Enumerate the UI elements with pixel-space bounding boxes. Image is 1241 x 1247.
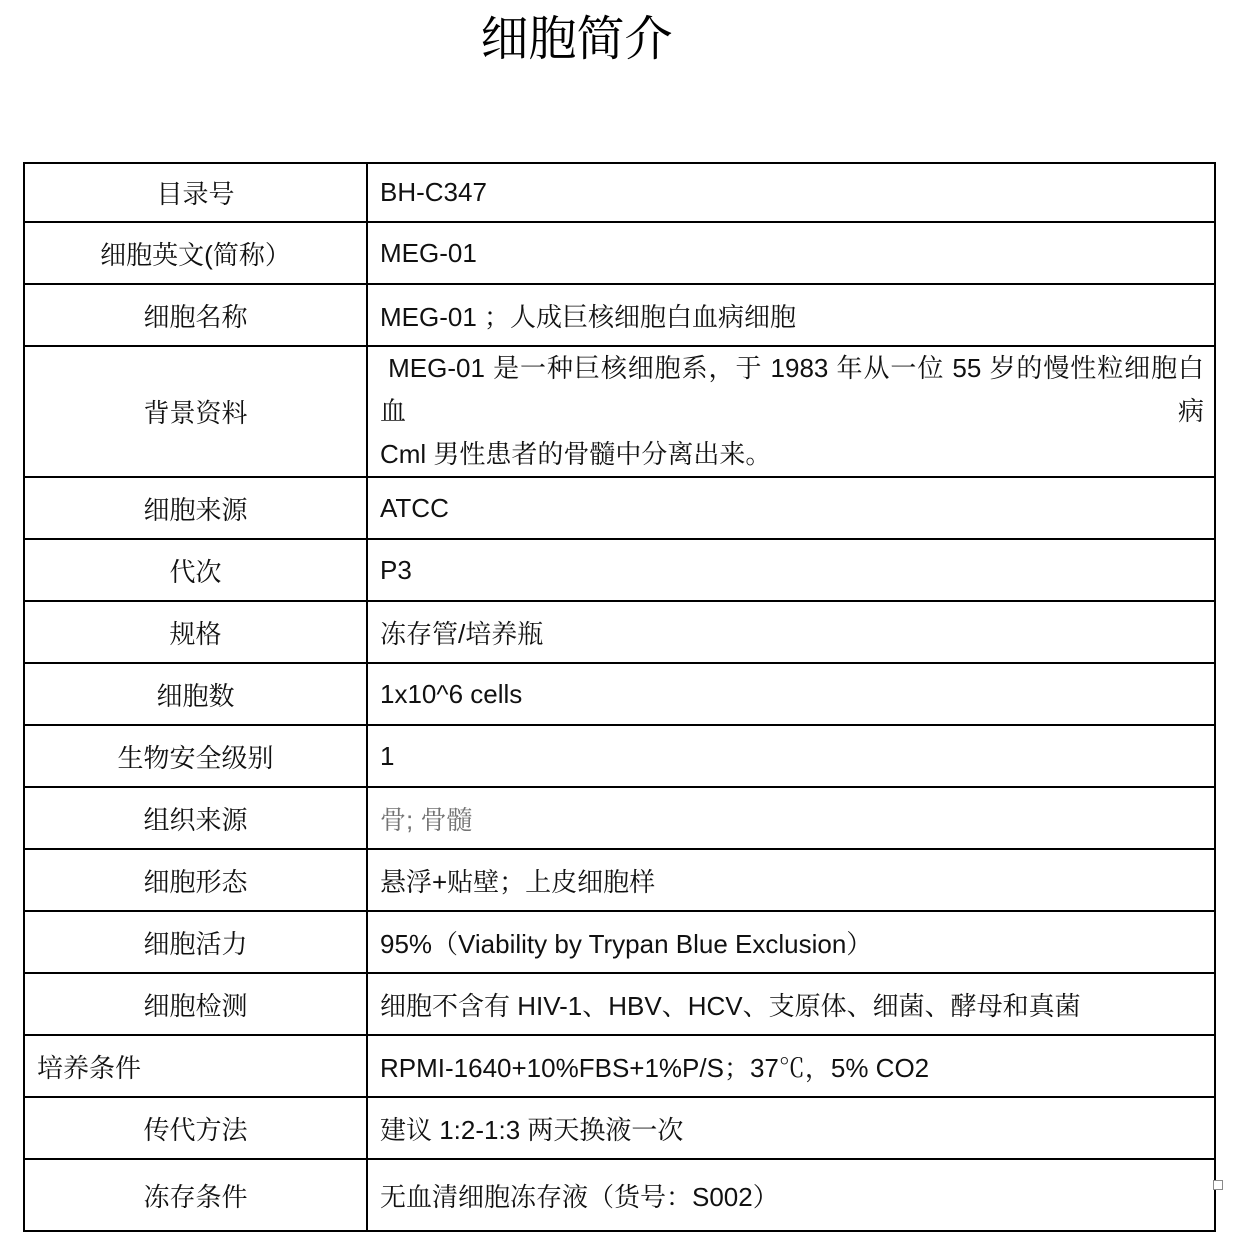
row-label: 目录号 — [24, 163, 367, 222]
table-row: 传代方法建议 1:2-1:3 两天换液一次 — [24, 1097, 1215, 1159]
table-row: 细胞活力95%（Viability by Trypan Blue Exclusi… — [24, 911, 1215, 973]
row-value: 骨; 骨髓 — [367, 787, 1215, 849]
row-value: 1 — [367, 725, 1215, 787]
table-row: 生物安全级别1 — [24, 725, 1215, 787]
row-label: 细胞活力 — [24, 911, 367, 973]
table-row: 代次P3 — [24, 539, 1215, 601]
table-row: 细胞来源ATCC — [24, 477, 1215, 539]
row-label: 细胞形态 — [24, 849, 367, 911]
value-line: Cml 男性患者的骨髓中分离出来。 — [380, 433, 1204, 476]
table-row: 培养条件RPMI-1640+10%FBS+1%P/S；37℃，5% CO2 — [24, 1035, 1215, 1097]
row-value: BH-C347 — [367, 163, 1215, 222]
value-line: MEG-01 是一种巨核细胞系，于 1983 年从一位 55 岁的慢性粒细胞白血… — [380, 347, 1204, 433]
table-row: 冻存条件无血清细胞冻存液（货号：S002） — [24, 1159, 1215, 1231]
row-label: 背景资料 — [24, 346, 367, 477]
table-row: 规格冻存管/培养瓶 — [24, 601, 1215, 663]
row-value: 细胞不含有 HIV-1、HBV、HCV、支原体、细菌、酵母和真菌 — [367, 973, 1215, 1035]
row-value: 95%（Viability by Trypan Blue Exclusion） — [367, 911, 1215, 973]
table-resize-handle-icon[interactable] — [1213, 1180, 1223, 1190]
row-value: RPMI-1640+10%FBS+1%P/S；37℃，5% CO2 — [367, 1035, 1215, 1097]
table-row: 细胞数1x10^6 cells — [24, 663, 1215, 725]
row-value: P3 — [367, 539, 1215, 601]
row-label: 冻存条件 — [24, 1159, 367, 1231]
row-value: MEG-01 ；人成巨核细胞白血病细胞 — [367, 284, 1215, 346]
row-label: 细胞英文(简称） — [24, 222, 367, 284]
table-row: 细胞形态悬浮+贴壁；上皮细胞样 — [24, 849, 1215, 911]
document-page: 细胞简介 目录号BH-C347细胞英文(简称）MEG-01细胞名称MEG-01 … — [0, 0, 1241, 1247]
cell-info-table-body: 目录号BH-C347细胞英文(简称）MEG-01细胞名称MEG-01 ；人成巨核… — [24, 163, 1215, 1231]
row-label: 代次 — [24, 539, 367, 601]
row-label: 组织来源 — [24, 787, 367, 849]
row-label: 培养条件 — [24, 1035, 367, 1097]
row-label: 细胞名称 — [24, 284, 367, 346]
table-row: 目录号BH-C347 — [24, 163, 1215, 222]
table-row: 组织来源骨; 骨髓 — [24, 787, 1215, 849]
row-label: 细胞检测 — [24, 973, 367, 1035]
row-label: 传代方法 — [24, 1097, 367, 1159]
page-title: 细胞简介 — [0, 8, 1197, 70]
row-value: 冻存管/培养瓶 — [367, 601, 1215, 663]
row-label: 细胞数 — [24, 663, 367, 725]
row-value: 建议 1:2-1:3 两天换液一次 — [367, 1097, 1215, 1159]
table-row: 细胞检测细胞不含有 HIV-1、HBV、HCV、支原体、细菌、酵母和真菌 — [24, 973, 1215, 1035]
table-row: 细胞英文(简称）MEG-01 — [24, 222, 1215, 284]
row-value: MEG-01 是一种巨核细胞系，于 1983 年从一位 55 岁的慢性粒细胞白血… — [367, 346, 1215, 477]
row-label: 细胞来源 — [24, 477, 367, 539]
row-value: MEG-01 — [367, 222, 1215, 284]
table-row: 背景资料 MEG-01 是一种巨核细胞系，于 1983 年从一位 55 岁的慢性… — [24, 346, 1215, 477]
row-value: ATCC — [367, 477, 1215, 539]
row-value: 悬浮+贴壁；上皮细胞样 — [367, 849, 1215, 911]
table-row: 细胞名称MEG-01 ；人成巨核细胞白血病细胞 — [24, 284, 1215, 346]
cell-info-table: 目录号BH-C347细胞英文(简称）MEG-01细胞名称MEG-01 ；人成巨核… — [23, 162, 1216, 1232]
row-label: 生物安全级别 — [24, 725, 367, 787]
row-label: 规格 — [24, 601, 367, 663]
row-value: 1x10^6 cells — [367, 663, 1215, 725]
row-value: 无血清细胞冻存液（货号：S002） — [367, 1159, 1215, 1231]
